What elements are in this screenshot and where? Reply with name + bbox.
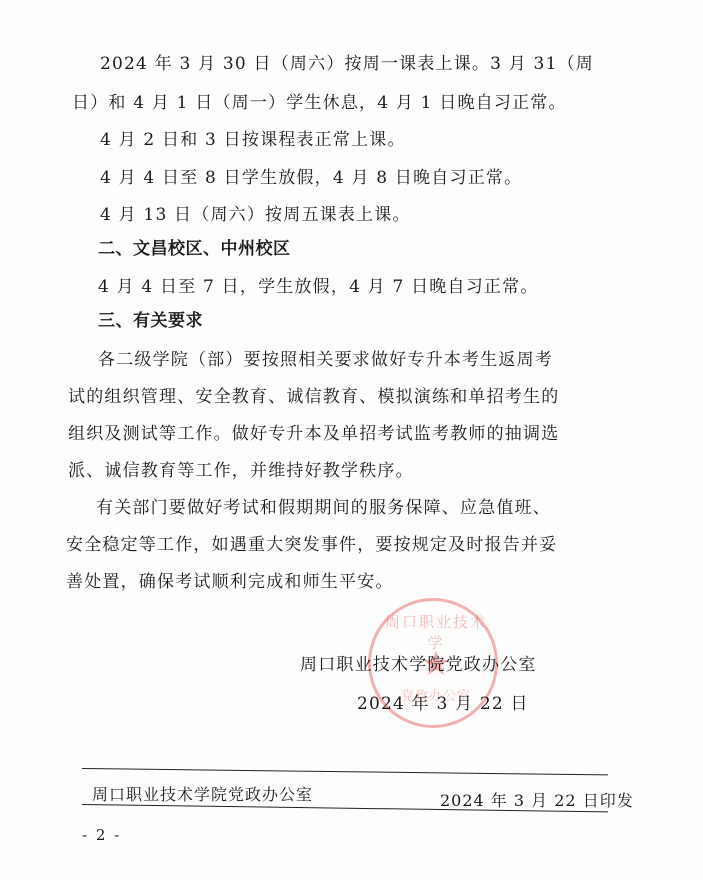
- section-heading-requirements: 三、有关要求: [98, 310, 203, 332]
- paragraph-line: 4 月 13 日（周六）按周五课表上课。: [100, 204, 411, 226]
- section-heading-campus: 二、文昌校区、中州校区: [98, 238, 291, 260]
- paragraph-line: 2024 年 3 月 30 日（周六）按周一课表上课。3 月 31（周: [100, 53, 594, 75]
- paragraph-line: 4 月 4 日至 8 日学生放假，4 月 8 日晚自习正常。: [100, 167, 522, 189]
- paragraph-line: 组织及测试等工作。做好专升本及单招考试监考教师的抽调选: [68, 423, 559, 445]
- paragraph-line: 4 月 4 日至 7 日，学生放假，4 月 7 日晚自习正常。: [98, 276, 539, 298]
- paragraph-line: 试的组织管理、安全教育、诚信教育、模拟演练和单招考生的: [68, 386, 559, 408]
- footer-top-rule: [82, 768, 608, 775]
- signature-date: 2024 年 3 月 22 日: [357, 693, 529, 715]
- paragraph-line: 各二级学院（部）要按照相关要求做好专升本考生返周考: [98, 349, 553, 371]
- paragraph-line: 派、诚信教育等工作，并维持好教学秩序。: [68, 460, 414, 482]
- document-page: 2024 年 3 月 30 日（周六）按周一课表上课。3 月 31（周 日）和 …: [0, 0, 703, 880]
- page-number: - 2 -: [82, 826, 121, 844]
- footer-issuer: 周口职业技术学院党政办公室: [92, 782, 313, 805]
- footer-issued-date: 2024 年 3 月 22 日印发: [440, 788, 634, 811]
- paragraph-line: 安全稳定等工作，如遇重大突发事件，要按规定及时报告并妥: [66, 534, 557, 556]
- paragraph-line: 4 月 2 日和 3 日按课程表正常上课。: [100, 129, 406, 151]
- paragraph-line: 有关部门要做好考试和假期期间的服务保障、应急值班、: [96, 497, 551, 519]
- paragraph-line: 善处置，确保考试顺利完成和师生平安。: [66, 571, 394, 593]
- paragraph-line: 日）和 4 月 1 日（周一）学生休息，4 月 1 日晚自习正常。: [72, 92, 567, 114]
- signature-organization: 周口职业技术学院党政办公室: [300, 654, 537, 676]
